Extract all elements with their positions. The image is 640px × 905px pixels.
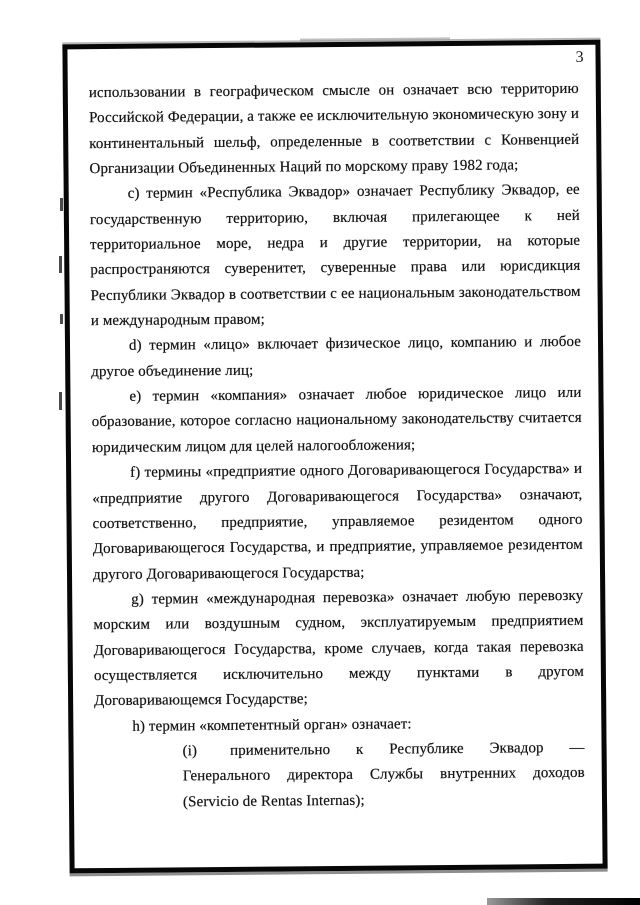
subitem-i: (i)применительно к Республике Эквадор — … <box>182 736 585 816</box>
scanned-document-page: { "page": { "number": "3" }, "colors": {… <box>0 0 640 905</box>
page-frame: 3 использовании в географическом смысле … <box>62 40 607 874</box>
paragraph-item-e: e) термин «компания» означает любое юрид… <box>91 381 582 461</box>
paragraph-intro-continuation: использовании в географическом смысле он… <box>89 77 580 183</box>
marker-gap-spacer <box>197 754 230 755</box>
scan-artifact-speck <box>60 314 63 324</box>
scan-artifact-bottom-bar <box>487 898 640 905</box>
document-body: использовании в географическом смысле он… <box>89 77 585 816</box>
scan-artifact-speck <box>59 392 62 410</box>
subitem-i-marker: (i) <box>182 743 197 759</box>
paragraph-item-g: g) термин «международная перевозка» озна… <box>93 584 584 715</box>
scan-artifact-speck <box>60 198 63 211</box>
subitem-i-text: применительно к Республике Эквадор — Ген… <box>183 740 585 810</box>
paragraph-item-c: c) термин «Республика Эквадор» означает … <box>90 178 581 334</box>
paragraph-item-f: f) термины «предприятие одного Договарив… <box>92 457 583 588</box>
page-number: 3 <box>575 49 583 67</box>
paragraph-item-d: d) термин «лицо» включает физическое лиц… <box>91 330 581 385</box>
scan-artifact-speck <box>59 256 62 273</box>
